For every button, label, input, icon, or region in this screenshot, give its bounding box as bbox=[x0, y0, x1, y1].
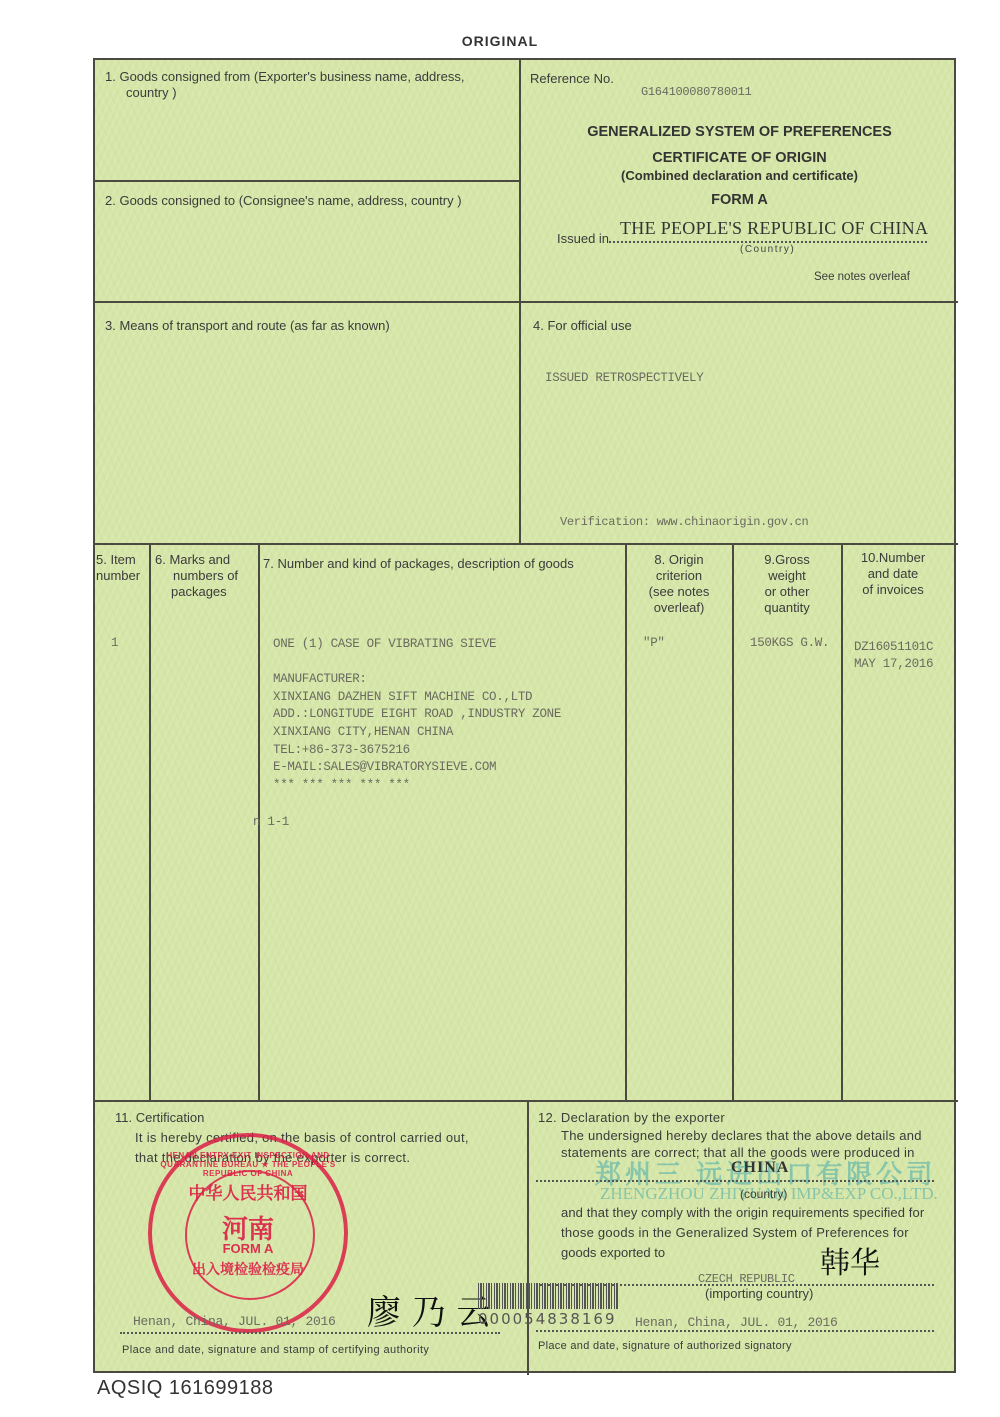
importing-caption: (importing country) bbox=[705, 1286, 813, 1302]
country-caption: (Country) bbox=[740, 244, 795, 255]
col8-header: 8. Origincriterion(see notesoverleaf) bbox=[627, 552, 731, 616]
goods-description-line: TEL:+86-373-3675216 bbox=[273, 742, 561, 760]
box12-footer: Place and date, signature of authorized … bbox=[538, 1338, 792, 1354]
invoice-number: DZ16051101C bbox=[854, 640, 933, 654]
col6-header: 6. Marks and numbers of packages bbox=[155, 552, 255, 600]
invoice-date: MAY 17,2016 bbox=[854, 657, 933, 671]
official-stamp: HENAN ENTRY-EXIT INSPECTION AND QUARANTI… bbox=[148, 1133, 348, 1333]
issued-in-country: THE PEOPLE'S REPUBLIC OF CHINA bbox=[620, 218, 928, 239]
divider bbox=[149, 543, 151, 1100]
goods-description-line: XINXIANG CITY,HENAN CHINA bbox=[273, 724, 561, 742]
verification-url[interactable]: Verification: www.chinaorigin.gov.cn bbox=[560, 515, 808, 529]
country-dotted-line bbox=[536, 1180, 934, 1182]
box11-dotted-line bbox=[120, 1332, 500, 1334]
box12-dotted-line bbox=[536, 1330, 934, 1332]
goods-description-line bbox=[273, 654, 561, 672]
box11-place-date: Henan, China, JUL. 01, 2016 bbox=[133, 1314, 336, 1329]
divider bbox=[95, 180, 521, 182]
col5-header: 5. Itemnumber bbox=[96, 552, 140, 584]
origin-criterion: "P" bbox=[643, 636, 665, 650]
gross-weight: 150KGS G.W. bbox=[750, 636, 829, 650]
official-use-remark: ISSUED RETROSPECTIVELY bbox=[545, 371, 703, 385]
certifier-signature: 廖 乃 云 bbox=[367, 1285, 491, 1334]
box3-label: 3. Means of transport and route (as far … bbox=[105, 318, 390, 334]
box11-footer: Place and date, signature and stamp of c… bbox=[122, 1342, 429, 1358]
goods-description: ONE (1) CASE OF VIBRATING SIEVE MANUFACT… bbox=[273, 636, 561, 794]
page-mark: n 1-1 bbox=[253, 815, 289, 829]
goods-description-line: ONE (1) CASE OF VIBRATING SIEVE bbox=[273, 636, 561, 654]
goods-description-line: *** *** *** *** *** bbox=[273, 777, 561, 795]
divider bbox=[841, 543, 843, 1100]
col10-header: 10.Numberand dateof invoices bbox=[843, 550, 943, 598]
form-a-title: FORM A bbox=[521, 192, 958, 208]
col7-header: 7. Number and kind of packages, descript… bbox=[263, 556, 574, 572]
exporter-signature: 韩华 bbox=[820, 1238, 880, 1282]
divider bbox=[625, 543, 627, 1100]
goods-description-line: E-MAIL:SALES@VIBRATORYSIEVE.COM bbox=[273, 759, 561, 777]
divider bbox=[527, 1100, 529, 1375]
certificate-title: CERTIFICATE OF ORIGIN bbox=[521, 150, 958, 166]
gsp-title: GENERALIZED SYSTEM OF PREFERENCES bbox=[521, 124, 958, 140]
box12-text-line5: goods exported to bbox=[561, 1245, 665, 1261]
see-notes-overleaf: See notes overleaf bbox=[814, 269, 910, 285]
col9-header: 9.Grossweightor otherquantity bbox=[735, 552, 839, 616]
box12-title: 12. Declaration by the exporter bbox=[538, 1110, 725, 1126]
produced-in-country: CHINA bbox=[731, 1159, 789, 1177]
reference-label: Reference No. bbox=[530, 71, 614, 87]
issued-in-dotted-line bbox=[609, 241, 927, 243]
box12-place-date: Henan, China, JUL. 01, 2016 bbox=[635, 1315, 838, 1330]
box1-label: 1. Goods consigned from (Exporter's busi… bbox=[105, 69, 464, 85]
box12-text-line1: The undersigned hereby declares that the… bbox=[561, 1128, 922, 1144]
issued-in-label: Issued in bbox=[557, 231, 609, 247]
divider bbox=[95, 301, 958, 303]
divider bbox=[519, 301, 521, 543]
box2-label: 2. Goods consigned to (Consignee's name,… bbox=[105, 193, 462, 209]
box11-title: 11. Certification bbox=[115, 1110, 204, 1126]
certificate-form: 1. Goods consigned from (Exporter's busi… bbox=[93, 58, 956, 1373]
box12-text-line3: and that they comply with the origin req… bbox=[561, 1205, 924, 1221]
item-number: 1 bbox=[111, 636, 118, 650]
divider bbox=[732, 543, 734, 1100]
aqsiq-number: AQSIQ 161699188 bbox=[97, 1377, 274, 1400]
goods-description-line: MANUFACTURER: bbox=[273, 671, 561, 689]
certificate-subtitle: (Combined declaration and certificate) bbox=[521, 168, 958, 183]
divider bbox=[95, 543, 958, 545]
goods-description-line: ADD.:LONGITUDE EIGHT ROAD ,INDUSTRY ZONE bbox=[273, 706, 561, 724]
goods-description-line: XINXIANG DAZHEN SIFT MACHINE CO.,LTD bbox=[273, 689, 561, 707]
box11-text-line1: It is hereby certified, on the basis of … bbox=[135, 1130, 469, 1146]
barcode-number: 000054838169 bbox=[478, 1310, 617, 1328]
country-caption-12: (country) bbox=[740, 1186, 787, 1202]
box1-label-cont: country ) bbox=[126, 85, 177, 101]
document-header-original: ORIGINAL bbox=[0, 33, 1000, 49]
reference-number: G164100080780011 bbox=[641, 85, 751, 99]
box4-label: 4. For official use bbox=[533, 318, 632, 334]
barcode bbox=[478, 1283, 618, 1309]
